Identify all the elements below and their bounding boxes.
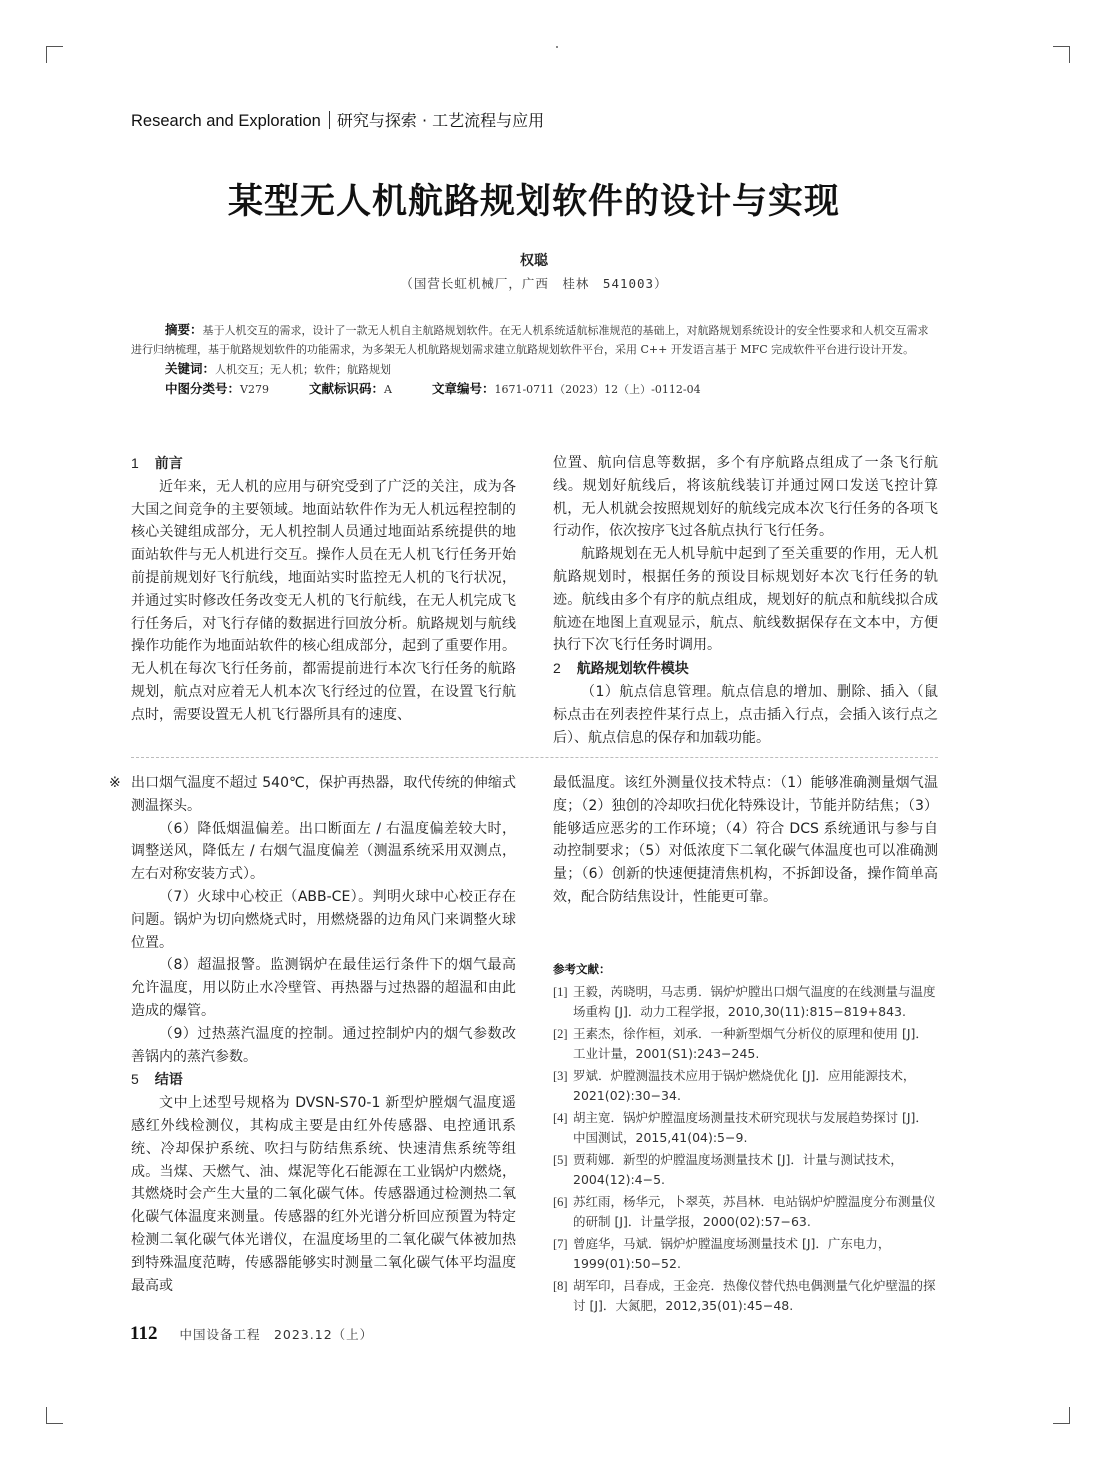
reference-item: [1]王毅，芮晓明，马志勇．锅炉炉膛出口烟气温度的在线测量与温度场重构 [J]．…: [553, 982, 938, 1022]
reference-item: [7]曾庭华，马斌．锅炉炉膛温度场测量技术 [J]．广东电力，1999(01):…: [553, 1234, 938, 1274]
crop-mark-top-left: [46, 46, 63, 63]
references-title: 参考文献：: [553, 960, 938, 980]
abstract-block: 摘要：基于人机交互的需求，设计了一款无人机自主航路规划软件。在无人机系统适航标准…: [131, 320, 939, 399]
author: 权聪: [0, 250, 1068, 270]
paragraph: （9）过热蒸汽温度的控制。通过控制炉内的烟气参数改善锅内的蒸汽参数。: [131, 1023, 516, 1069]
clc-label: 中图分类号：: [165, 381, 240, 396]
section-name-en: Research and Exploration: [131, 112, 321, 130]
column-upper-right: 位置、航向信息等数据，多个有序航路点组成了一条飞行航线。规划好航线后，将该航线装…: [553, 452, 938, 749]
keywords-text: 人机交互；无人机；软件；航路规划: [215, 363, 391, 376]
doc-code-label: 文献标识码：: [309, 381, 384, 396]
running-header: Research and Exploration研究与探索 · 工艺流程与应用: [131, 108, 544, 131]
clc-value: V279: [240, 383, 269, 396]
keywords: 关键词：人机交互；无人机；软件；航路规划: [131, 359, 939, 379]
paragraph: （1）航点信息管理。航点信息的增加、删除、插入（鼠标点击在列表控件某行点上，点击…: [553, 681, 938, 749]
reference-item: [5]贾莉娜．新型的炉膛温度场测量技术 [J]．计量与测试技术，2004(12)…: [553, 1150, 938, 1190]
paragraph: （6）降低烟温偏差。出口断面左 / 右温度偏差较大时，调整送风，降低左 / 右烟…: [131, 818, 516, 886]
crop-mark-top-right: [1053, 46, 1070, 63]
paragraph: 近年来，无人机的应用与研究受到了广泛的关注，成为各大国之间竞争的主要领域。地面站…: [131, 476, 516, 727]
article-divider: [131, 757, 938, 758]
reference-item: [2]王素杰，徐作桓，刘承．一种新型烟气分析仪的原理和使用 [J]．工业计量，2…: [553, 1024, 938, 1064]
classification-row: 中图分类号：V279文献标识码：A文章编号：1671-0711（2023）12（…: [131, 379, 939, 399]
references: 参考文献： [1]王毅，芮晓明，马志勇．锅炉炉膛出口烟气温度的在线测量与温度场重…: [553, 960, 938, 1318]
section-heading-1: 1前言: [131, 452, 516, 476]
section-heading-5: 5结语: [131, 1068, 516, 1092]
abstract: 摘要：基于人机交互的需求，设计了一款无人机自主航路规划软件。在无人机系统适航标准…: [131, 320, 939, 359]
paragraph: 航路规划在无人机导航中起到了至关重要的作用，无人机航路规划时，根据任务的预设目标…: [553, 543, 938, 657]
doc-code-value: A: [384, 383, 392, 396]
article-no-value: 1671-0711（2023）12（上）-0112-04: [494, 383, 700, 396]
paragraph: （7）火球中心校正（ABB-CE）。判明火球中心校正存在问题。锅炉为切向燃烧式时…: [131, 886, 516, 954]
crop-mark-bottom-left: [46, 1407, 63, 1424]
paragraph: （8）超温报警。监测锅炉在最佳运行条件下的烟气最高允许温度，用以防止水冷壁管、再…: [131, 954, 516, 1022]
article-title: 某型无人机航路规划软件的设计与实现: [0, 174, 1068, 224]
abstract-label: 摘要：: [165, 322, 203, 337]
paragraph: 最低温度。该红外测量仪技术特点：（1）能够准确测量烟气温度；（2）独创的冷却吹扫…: [553, 772, 938, 909]
continuation-mark: ※: [109, 772, 121, 795]
paragraph: 文中上述型号规格为 DVSN-S70-1 新型炉膛烟气温度遥感红外线检测仪，其构…: [131, 1092, 516, 1297]
column-lower-right: 最低温度。该红外测量仪技术特点：（1）能够准确测量烟气温度；（2）独创的冷却吹扫…: [553, 772, 938, 909]
section-name-cn: 研究与探索 · 工艺流程与应用: [337, 111, 544, 130]
paragraph: 位置、航向信息等数据，多个有序航路点组成了一条飞行航线。规划好航线后，将该航线装…: [553, 452, 938, 543]
page-number: 112: [130, 1323, 157, 1344]
header-separator: [329, 111, 330, 129]
abstract-text: 基于人机交互的需求，设计了一款无人机自主航路规划软件。在无人机系统适航标准规范的…: [131, 324, 929, 356]
keywords-label: 关键词：: [165, 361, 215, 376]
column-lower-left: ※ 出口烟气温度不超过 540℃，保护再热器，取代传统的伸缩式测温探头。 （6）…: [131, 772, 516, 1297]
journal-issue: 中国设备工程 2023.12（上）: [179, 1327, 373, 1342]
column-upper-left: 1前言 近年来，无人机的应用与研究受到了广泛的关注，成为各大国之间竞争的主要领域…: [131, 452, 516, 727]
reference-item: [3]罗斌．炉膛测温技术应用于锅炉燃烧优化 [J]．应用能源技术，2021(02…: [553, 1066, 938, 1106]
affiliation: （国营长虹机械厂，广西 桂林 541003）: [0, 274, 1068, 292]
article-no-label: 文章编号：: [432, 381, 495, 396]
page-footer: 112中国设备工程 2023.12（上）: [130, 1323, 373, 1345]
paragraph: 出口烟气温度不超过 540℃，保护再热器，取代传统的伸缩式测温探头。: [131, 772, 516, 818]
reference-item: [6]苏红雨，杨华元，卜翠英，苏昌林．电站锅炉炉膛温度分布测量仪的研制 [J]．…: [553, 1192, 938, 1232]
reference-item: [4]胡主宽．锅炉炉膛温度场测量技术研究现状与发展趋势探讨 [J]．中国测试，2…: [553, 1108, 938, 1148]
crop-mark-bottom-right: [1053, 1407, 1070, 1424]
reference-item: [8]胡军印，吕春成，王金亮．热像仪替代热电偶测量气化炉壁温的探讨 [J]．大氮…: [553, 1276, 938, 1316]
registration-dot: [556, 46, 558, 48]
section-heading-2: 2航路规划软件模块: [553, 657, 938, 681]
